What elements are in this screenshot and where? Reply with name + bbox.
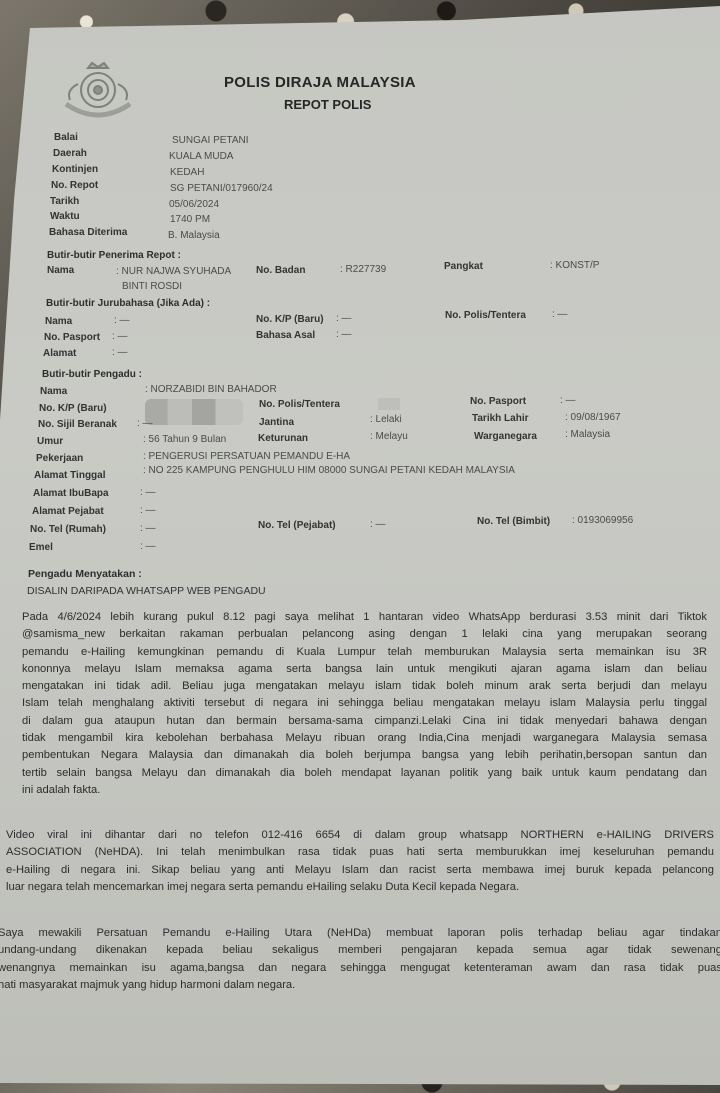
label-interp-polis: No. Polis/Tentera (445, 310, 526, 321)
label-alamat-ibubapa: Alamat IbuBapa (33, 488, 109, 499)
statement-line: Pada 4/6/2024 lebih kurang pukul 8.12 pa… (22, 609, 707, 626)
statement-paragraph-3: Saya mewakili Persatuan Pemandu e-Hailin… (0, 925, 720, 994)
label-kontinjen: Kontinjen (52, 164, 98, 175)
value-kontinjen: KEDAH (170, 167, 204, 178)
label-alamat-tinggal: Alamat Tinggal (34, 470, 106, 481)
pdrm-crest-icon (58, 60, 138, 122)
value-balai: SUNGAI PETANI (172, 135, 249, 146)
statement-paragraph-2: Video viral ini dihantar dari no telefon… (6, 827, 714, 896)
value-daerah: KUALA MUDA (169, 151, 233, 162)
value-emel: : — (140, 541, 156, 552)
redacted-polis-number (378, 398, 400, 410)
label-tel-rumah: No. Tel (Rumah) (30, 524, 106, 535)
value-jantina: : Lelaki (370, 414, 402, 425)
value-bahasa-diterima: B. Malaysia (168, 230, 220, 241)
statement-line: Video viral ini dihantar dari no telefon… (6, 827, 714, 844)
value-tel-pejabat: : — (370, 519, 386, 530)
label-pengadu-polis: No. Polis/Tentera (259, 399, 340, 410)
statement-line: @samisma_new berkaitan rakaman perbualan… (22, 626, 707, 643)
value-interp-alamat: : — (112, 347, 128, 358)
statement-line: di dalam gua ataupun hutan dan bermain b… (22, 713, 707, 730)
statement-line: tidak mengambil kira kebolehan berbahasa… (22, 730, 707, 747)
value-warganegara: : Malaysia (565, 429, 610, 440)
value-pangkat: : KONST/P (550, 260, 599, 271)
value-sijil-beranak: : — (137, 418, 153, 429)
statement-line: pemandu e-Hailing kemungkinan pemandu di… (22, 644, 707, 661)
statement-line: kononnya melayu Islam memaksa agama sert… (22, 661, 707, 678)
label-keturunan: Keturunan (258, 433, 308, 444)
value-tarikh: 05/06/2024 (169, 199, 219, 210)
label-interp-pasport: No. Pasport (44, 332, 100, 343)
statement-line: ASSOCIATION (NeHDA). Ini telah menimbulk… (6, 844, 714, 861)
value-keturunan: : Melayu (370, 431, 408, 442)
label-interp-bahasa: Bahasa Asal (256, 330, 315, 341)
document-org-title: POLIS DIRAJA MALAYSIA (224, 74, 416, 91)
section-complainant: Butir-butir Pengadu : (42, 369, 142, 380)
statement-line: undang-undang dikenakan kepada beliau se… (0, 942, 720, 959)
label-daerah: Daerah (53, 148, 87, 159)
label-warganegara: Warganegara (474, 431, 537, 442)
label-tarikh: Tarikh (50, 196, 79, 207)
section-receiver: Butir-butir Penerima Repot : (47, 250, 181, 261)
label-receiver-nama: Nama (47, 265, 74, 276)
label-pengadu-kp: No. K/P (Baru) (39, 403, 107, 414)
label-tel-bimbit: No. Tel (Bimbit) (477, 516, 550, 527)
statement-line: wenangnya memainkan isu agama,bangsa dan… (0, 960, 720, 977)
statement-line: Saya mewakili Persatuan Pemandu e-Hailin… (0, 925, 720, 942)
value-pekerjaan: : PENGERUSI PERSATUAN PEMANDU E-HA (143, 451, 350, 462)
value-tel-rumah: : — (140, 523, 156, 534)
label-waktu: Waktu (50, 211, 80, 222)
label-emel: Emel (29, 542, 53, 553)
value-receiver-nama-line2: BINTI ROSDI (122, 281, 182, 292)
label-no-badan: No. Badan (256, 265, 305, 276)
label-tarikh-lahir: Tarikh Lahir (472, 413, 529, 424)
statement-line: Islam telah menghalang aktiviti tersebut… (22, 695, 707, 712)
statement-line: pembentukan Negara Malaysia dan dimanaka… (22, 747, 707, 764)
label-pengadu-nama: Nama (40, 386, 67, 397)
value-interp-nama: : — (114, 315, 130, 326)
label-alamat-pejabat: Alamat Pejabat (32, 506, 104, 517)
value-interp-kp: : — (336, 313, 352, 324)
police-report-document: POLIS DIRAJA MALAYSIA REPOT POLIS Balai … (0, 0, 720, 1093)
statement-line: e-Hailing di negara ini. Sikap beliau ya… (6, 862, 714, 879)
label-interp-kp: No. K/P (Baru) (256, 314, 324, 325)
value-no-repot: SG PETANI/017960/24 (170, 183, 273, 194)
document-type-title: REPOT POLIS (284, 97, 371, 112)
value-alamat-ibubapa: : — (140, 487, 156, 498)
value-tel-bimbit: : 0193069956 (572, 515, 633, 526)
label-pangkat: Pangkat (444, 261, 483, 272)
value-umur: : 56 Tahun 9 Bulan (143, 434, 226, 445)
label-pengadu-pasport: No. Pasport (470, 396, 526, 407)
label-sijil-beranak: No. Sijil Beranak (38, 419, 117, 430)
label-umur: Umur (37, 436, 63, 447)
value-interp-polis: : — (552, 309, 568, 320)
value-alamat-pejabat: : — (140, 505, 156, 516)
statement-line: hati masyarakat majmuk yang hidup harmon… (0, 977, 720, 994)
value-receiver-nama: : NUR NAJWA SYUHADA (116, 266, 231, 277)
label-interp-alamat: Alamat (43, 348, 76, 359)
section-interpreter: Butir-butir Jurubahasa (Jika Ada) : (46, 298, 210, 309)
label-tel-pejabat: No. Tel (Pejabat) (258, 520, 336, 531)
label-interp-nama: Nama (45, 316, 72, 327)
value-alamat-tinggal: : NO 225 KAMPUNG PENGHULU HIM 08000 SUNG… (143, 465, 515, 476)
label-bahasa-diterima: Bahasa Diterima (49, 227, 127, 238)
statement-line: ini adalah fakta. (22, 782, 707, 799)
statement-line: tertib selain bangsa Melayu dan dimanaka… (22, 765, 707, 782)
value-pengadu-nama: : NORZABIDI BIN BAHADOR (145, 384, 277, 395)
label-balai: Balai (54, 132, 78, 143)
statement-line: luar negara telah mencemarkan imej negar… (6, 879, 714, 896)
redacted-ic-number (145, 399, 243, 425)
value-interp-pasport: : — (112, 331, 128, 342)
statement-title: Pengadu Menyatakan : (28, 568, 142, 580)
value-tarikh-lahir: : 09/08/1967 (565, 412, 621, 423)
label-pekerjaan: Pekerjaan (36, 453, 83, 464)
value-pengadu-pasport: : — (560, 395, 576, 406)
label-jantina: Jantina (259, 417, 294, 428)
value-interp-bahasa: : — (336, 329, 352, 340)
statement-source-note: DISALIN DARIPADA WHATSAPP WEB PENGADU (27, 585, 266, 597)
statement-paragraph-1: Pada 4/6/2024 lebih kurang pukul 8.12 pa… (22, 609, 707, 799)
value-waktu: 1740 PM (170, 214, 210, 225)
statement-line: mengatakan ini tidak adil. Beliau juga m… (22, 678, 707, 695)
value-no-badan: : R227739 (340, 264, 386, 275)
label-no-repot: No. Repot (51, 180, 98, 191)
